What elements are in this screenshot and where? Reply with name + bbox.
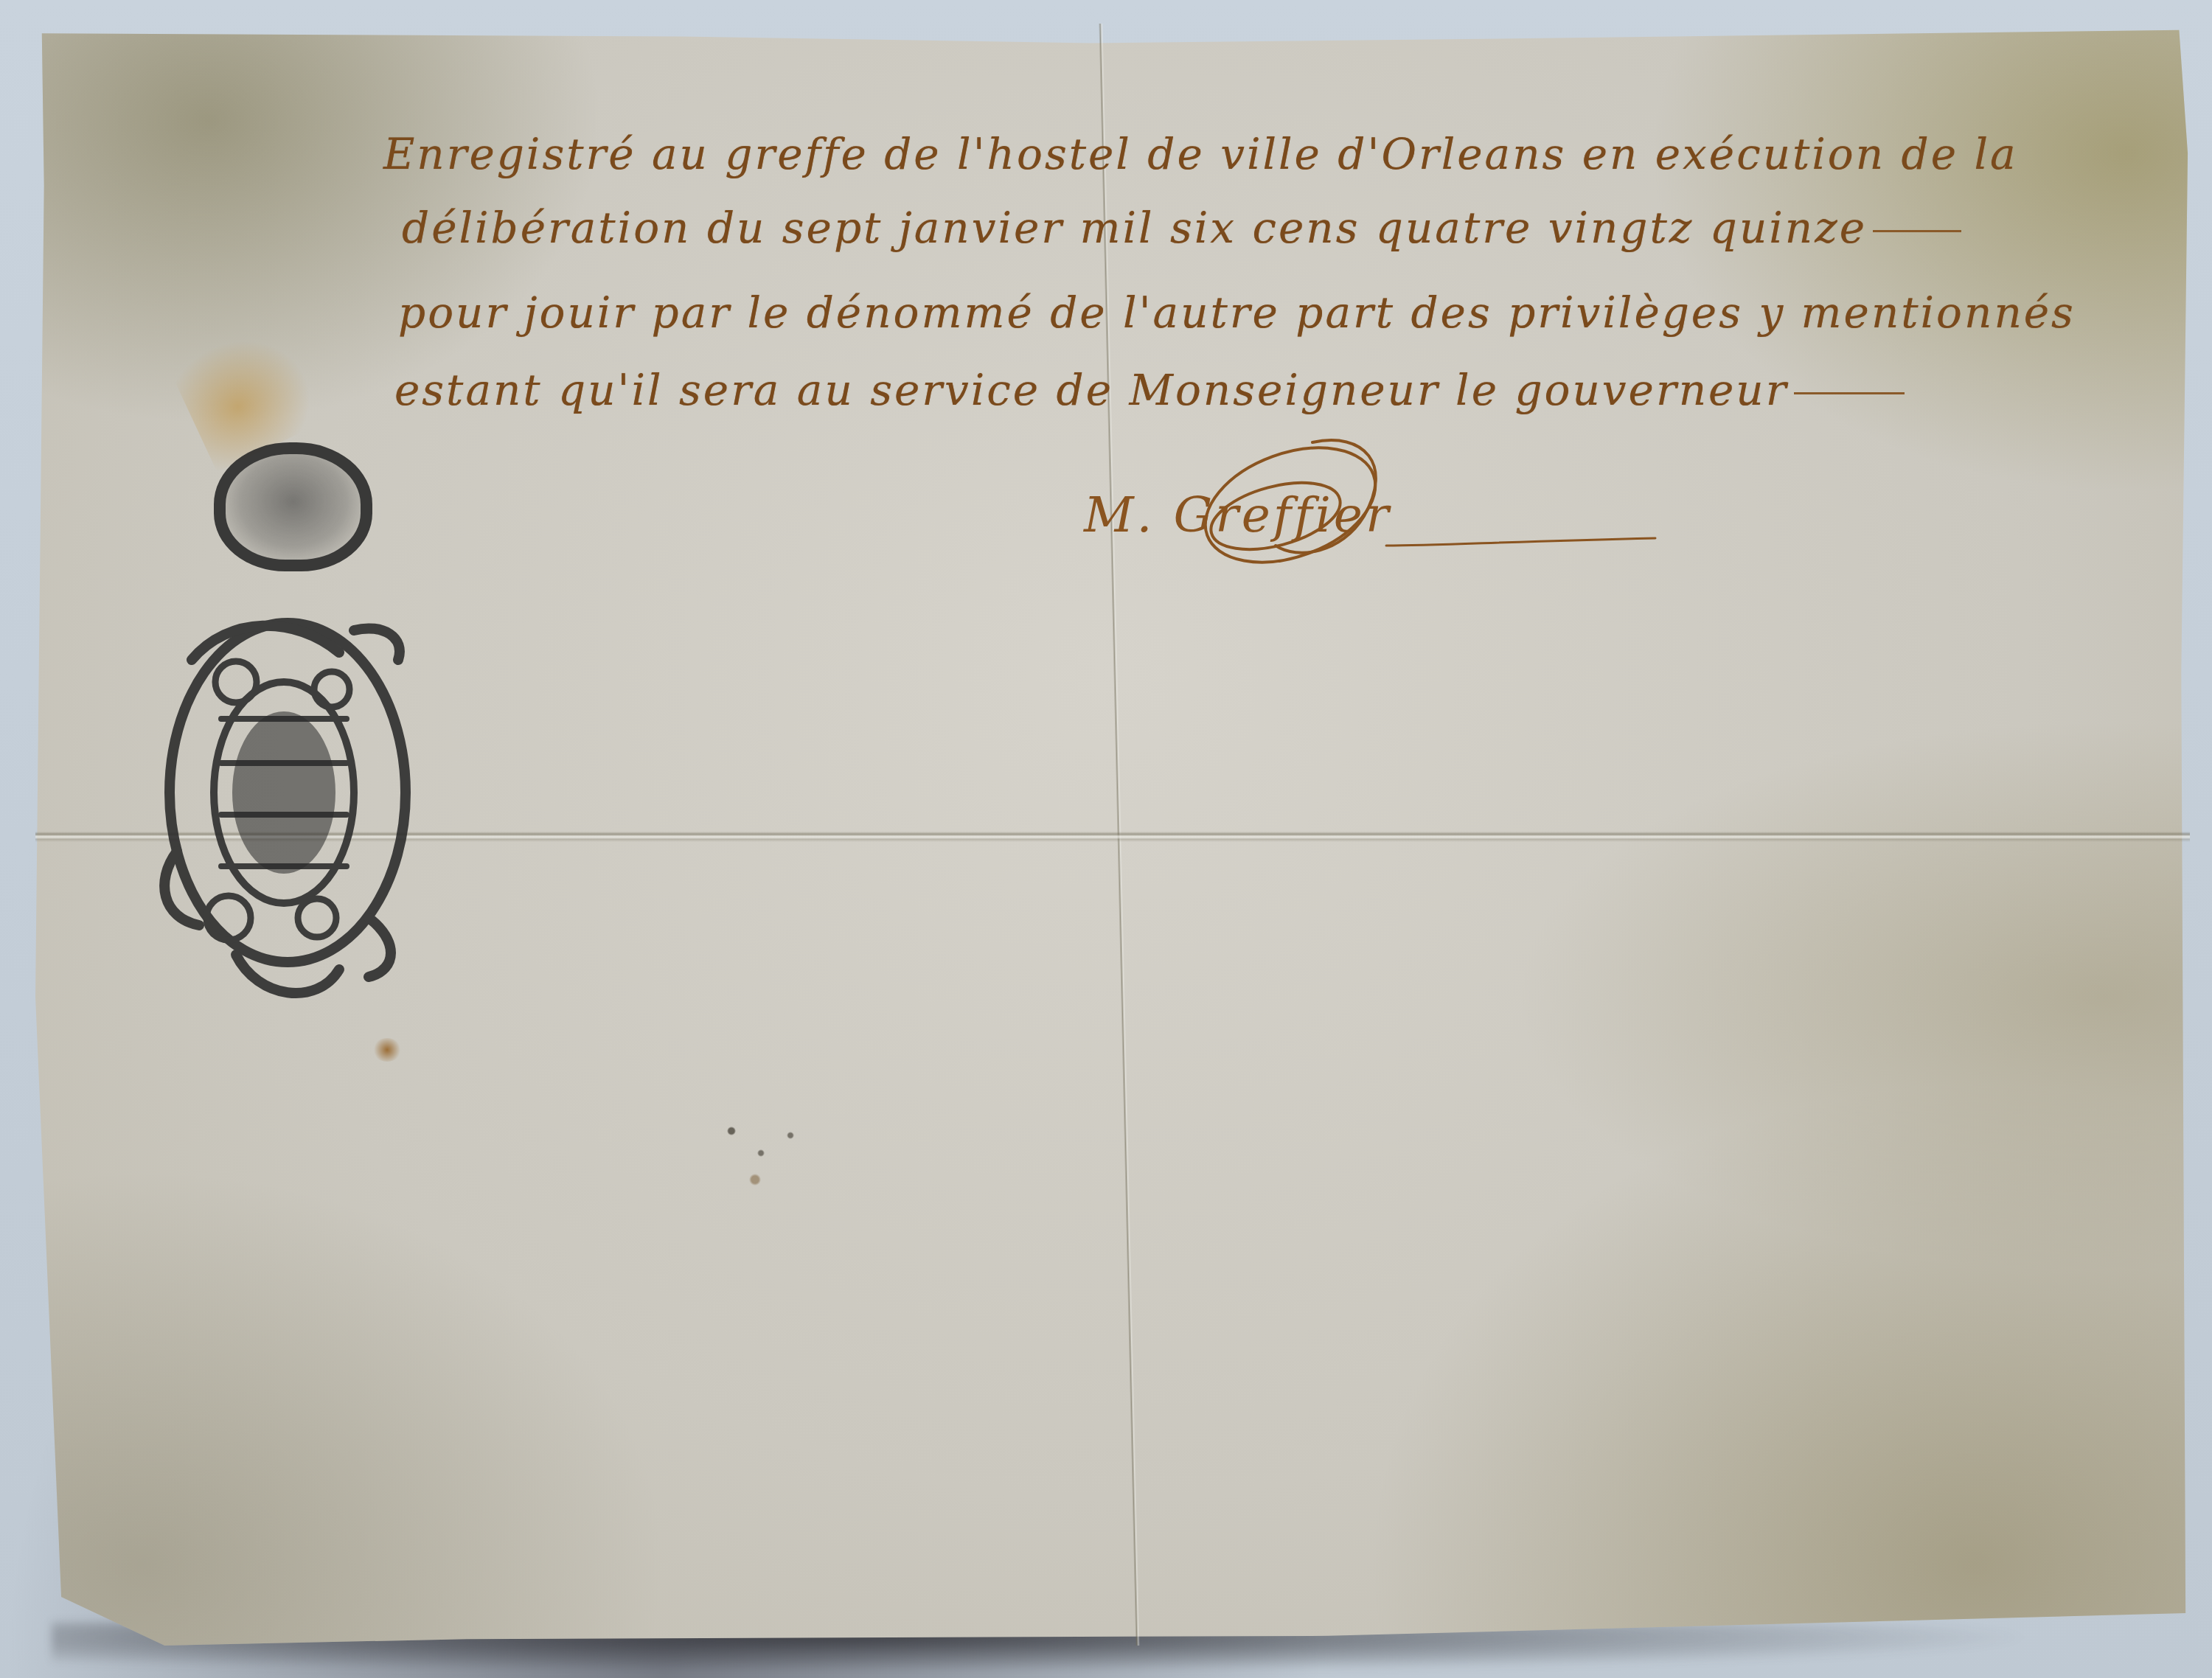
manuscript-line-2-text: délibération du sept janvier mil six cen…	[402, 203, 1867, 253]
manuscript-line-2: délibération du sept janvier mil six cen…	[402, 203, 1961, 253]
manuscript-line-4-text: estant qu'il sera au service de Monseign…	[394, 365, 1788, 415]
line-flourish	[1794, 392, 1905, 394]
bust-medallion-stamp	[214, 442, 372, 571]
manuscript-line-4: estant qu'il sera au service de Monseign…	[394, 365, 1905, 415]
manuscript-line-1: Enregistré au greffe de l'hostel de vill…	[383, 129, 2018, 179]
ink-spot	[372, 1038, 402, 1062]
line-flourish	[1873, 230, 1961, 232]
crest-ornament-icon	[147, 571, 420, 1021]
signature-text: M. Greffier	[1084, 487, 1391, 543]
signature: M. Greffier	[1054, 435, 1659, 575]
manuscript-line-3: pour jouir par le dénommé de l'autre par…	[398, 288, 2076, 338]
faint-specks	[708, 1113, 826, 1202]
manuscript-line-1-text: Enregistré au greffe de l'hostel de vill…	[383, 129, 2018, 179]
manuscript-line-3-text: pour jouir par le dénommé de l'autre par…	[398, 288, 2076, 338]
ornate-crest-stamp	[147, 571, 420, 1021]
